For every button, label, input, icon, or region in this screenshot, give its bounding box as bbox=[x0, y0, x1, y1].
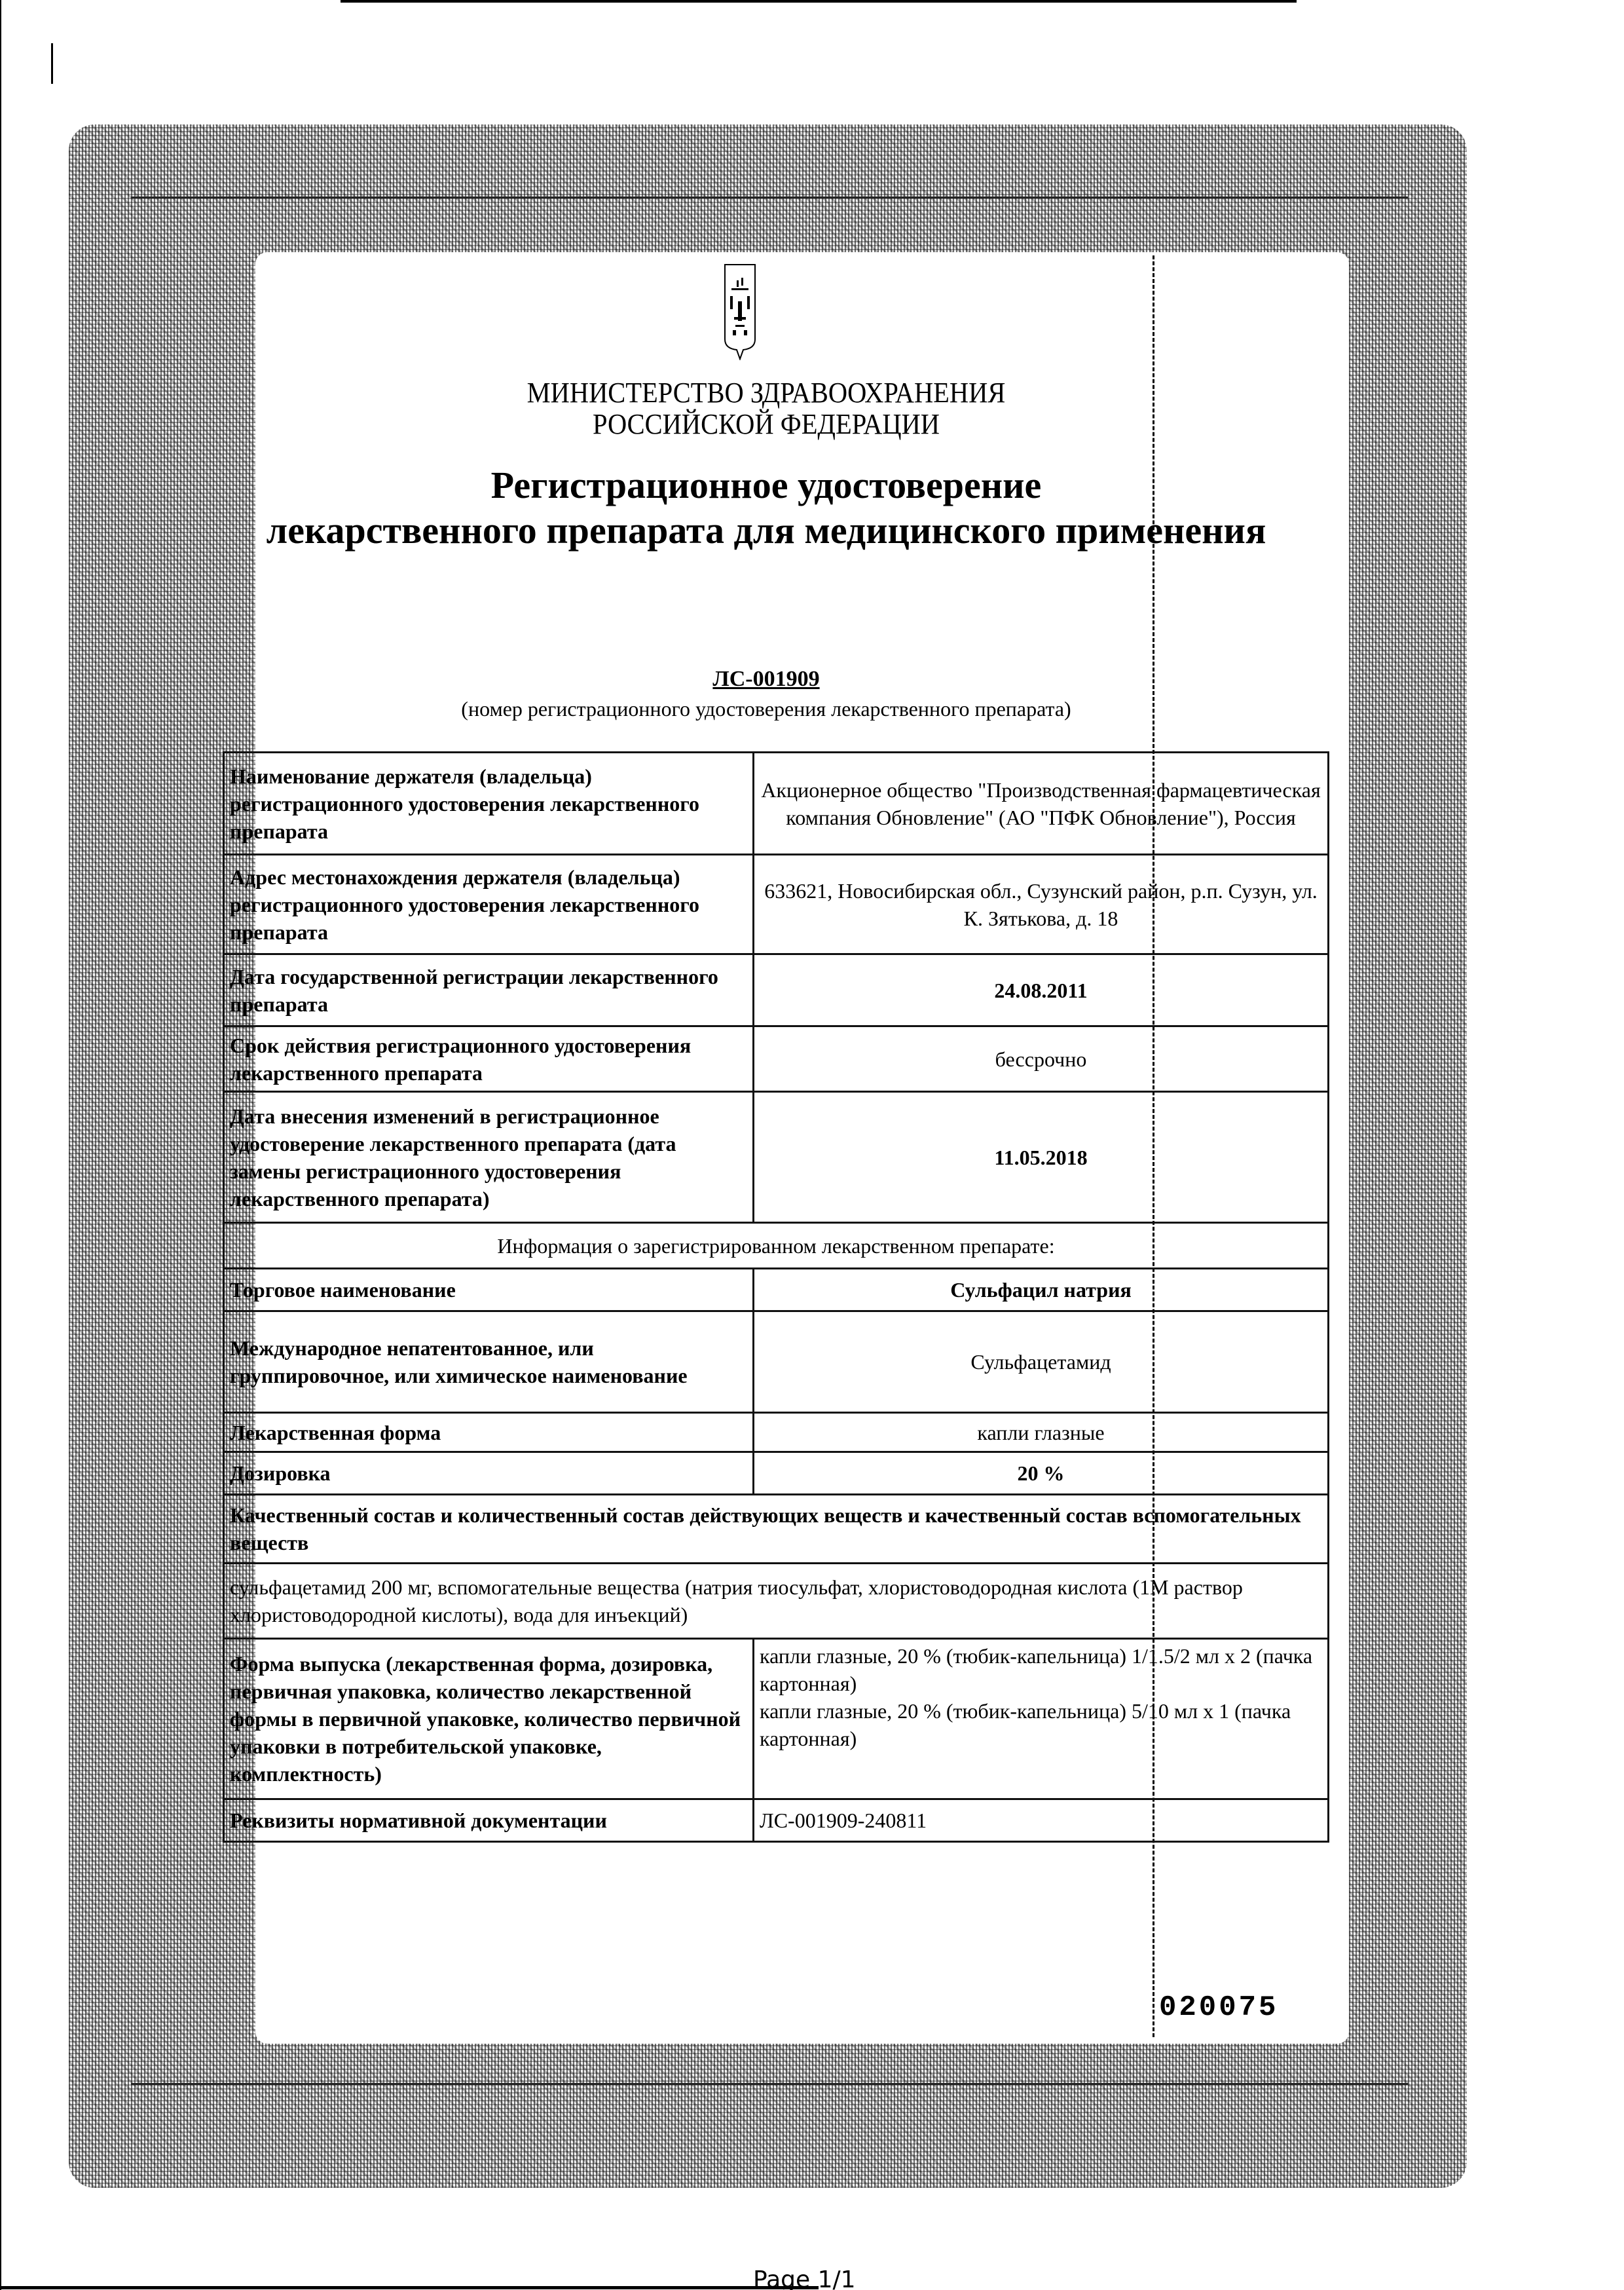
scan-artifact-top-bar bbox=[341, 0, 1297, 3]
table-row: Дозировка 20 % bbox=[224, 1452, 1329, 1495]
table-row: Международное непатентованное, или групп… bbox=[224, 1311, 1329, 1413]
scan-artifact-bottom-line bbox=[0, 2286, 819, 2289]
composition-header: Качественный состав и количественный сос… bbox=[224, 1495, 1329, 1564]
table-row: Срок действия регистрационного удостовер… bbox=[224, 1026, 1329, 1092]
table-row: Торговое наименование Сульфацил натрия bbox=[224, 1269, 1329, 1311]
row-label: Лекарственная форма bbox=[224, 1413, 754, 1452]
certificate-table: Наименование держателя (владельца) регис… bbox=[223, 751, 1329, 1843]
row-value: 11.05.2018 bbox=[754, 1092, 1329, 1223]
row-label: Международное непатентованное, или групп… bbox=[224, 1311, 754, 1413]
table-row: сульфацетамид 200 мг, вспомогательные ве… bbox=[224, 1564, 1329, 1639]
row-value: 20 % bbox=[754, 1452, 1329, 1495]
section-header: Информация о зарегистрированном лекарств… bbox=[224, 1223, 1329, 1269]
row-value: Сульфацетамид bbox=[754, 1311, 1329, 1413]
row-value: капли глазные bbox=[754, 1413, 1329, 1452]
row-label: Срок действия регистрационного удостовер… bbox=[224, 1026, 754, 1092]
scan-artifact-left-edge bbox=[0, 0, 1, 2290]
document-title-line1: Регистрационное удостоверение bbox=[0, 462, 1532, 508]
composition-value: сульфацетамид 200 мг, вспомогательные ве… bbox=[224, 1564, 1329, 1639]
row-value: ЛС-001909-240811 bbox=[754, 1799, 1329, 1842]
row-value: Сульфацил натрия bbox=[754, 1269, 1329, 1311]
frame-inner-line-top bbox=[131, 197, 1408, 198]
scan-artifact-mark bbox=[51, 43, 53, 84]
table-row: Форма выпуска (лекарственная форма, дози… bbox=[224, 1639, 1329, 1799]
document-title-line2: лекарственного препарата для медицинског… bbox=[0, 508, 1532, 554]
row-label: Наименование держателя (владельца) регис… bbox=[224, 753, 754, 855]
row-value: 633621, Новосибирская обл., Сузунский ра… bbox=[754, 855, 1329, 954]
table-section-header: Информация о зарегистрированном лекарств… bbox=[224, 1223, 1329, 1269]
row-value: бессрочно bbox=[754, 1026, 1329, 1092]
row-label: Дата внесения изменений в регистрационно… bbox=[224, 1092, 754, 1223]
ministry-name-line2: РОССИЙСКОЙ ФЕДЕРАЦИИ bbox=[62, 408, 1471, 441]
serial-number: 020075 bbox=[1159, 1991, 1278, 2024]
table-row: Дата внесения изменений в регистрационно… bbox=[224, 1092, 1329, 1223]
release-form-line: капли глазные, 20 % (тюбик-капельница) 5… bbox=[760, 1697, 1322, 1752]
table-row: Наименование держателя (владельца) регис… bbox=[224, 753, 1329, 855]
row-value: Акционерное общество "Производственная ф… bbox=[754, 753, 1329, 855]
row-label: Торговое наименование bbox=[224, 1269, 754, 1311]
table-row: Качественный состав и количественный сос… bbox=[224, 1495, 1329, 1564]
row-value: 24.08.2011 bbox=[754, 954, 1329, 1026]
table-row: Адрес местонахождения держателя (владель… bbox=[224, 855, 1329, 954]
table-row: Дата государственной регистрации лекарст… bbox=[224, 954, 1329, 1026]
table-row: Лекарственная форма капли глазные bbox=[224, 1413, 1329, 1452]
row-label: Дозировка bbox=[224, 1452, 754, 1495]
registration-number-caption: (номер регистрационного удостоверения ле… bbox=[0, 697, 1532, 721]
row-label: Адрес местонахождения держателя (владель… bbox=[224, 855, 754, 954]
coat-of-arms-icon bbox=[724, 262, 756, 360]
ministry-name-line1: МИНИСТЕРСТВО ЗДРАВООХРАНЕНИЯ bbox=[62, 377, 1471, 409]
registration-number: ЛС-001909 bbox=[0, 667, 1532, 692]
row-label: Форма выпуска (лекарственная форма, дози… bbox=[224, 1639, 754, 1799]
frame-inner-line-bottom bbox=[131, 2083, 1408, 2085]
release-form-value: капли глазные, 20 % (тюбик-капельница) 1… bbox=[754, 1639, 1329, 1799]
row-label: Реквизиты нормативной документации bbox=[224, 1799, 754, 1842]
row-label: Дата государственной регистрации лекарст… bbox=[224, 954, 754, 1026]
release-form-line: капли глазные, 20 % (тюбик-капельница) 1… bbox=[760, 1642, 1322, 1697]
table-row: Реквизиты нормативной документации ЛС-00… bbox=[224, 1799, 1329, 1842]
